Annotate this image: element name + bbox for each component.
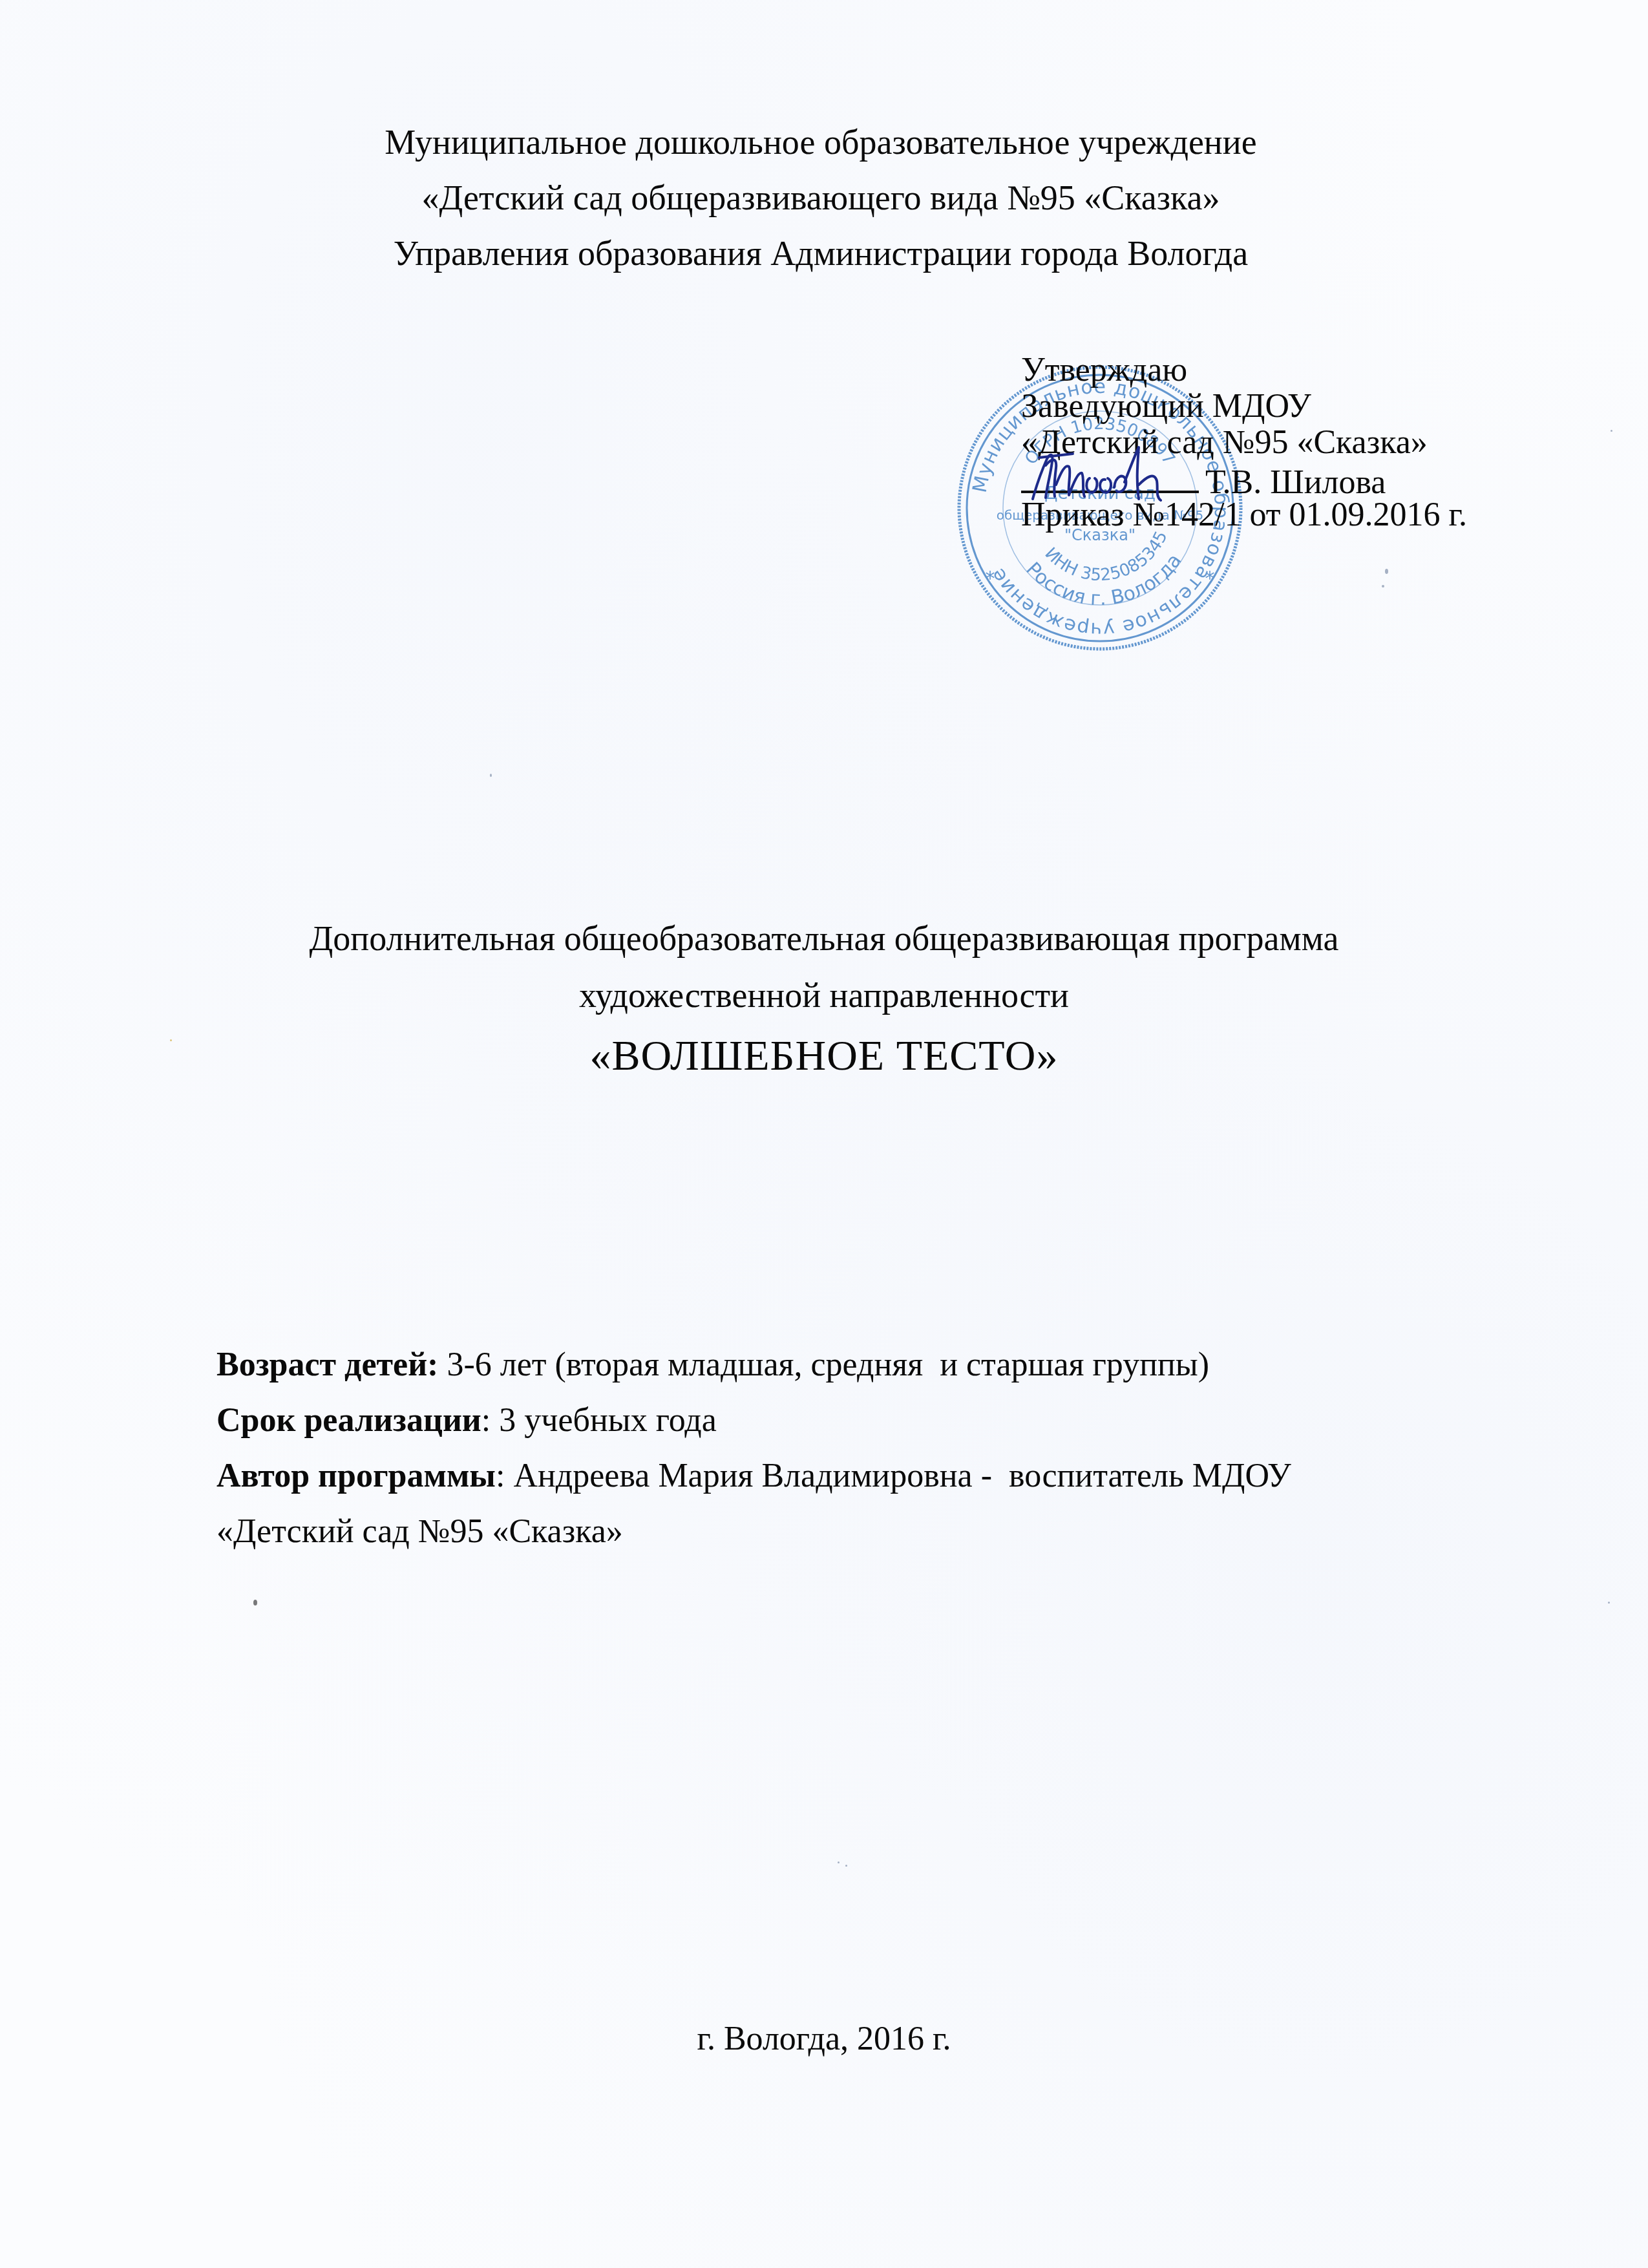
info-author: Автор программы: Андреева Мария Владимир… [217,1457,1291,1496]
scan-speck [253,1600,257,1606]
svg-text:*: * [986,567,995,590]
program-type-line: Дополнительная общеобразовательная общер… [0,919,1648,958]
scan-speck [1385,569,1388,574]
scan-speck [845,1865,847,1867]
program-direction-line: художественной направленности [0,976,1648,1015]
scan-speck [1611,430,1612,432]
institution-name-line: Муниципальное дошкольное образовательное… [0,123,1645,162]
approval-heading: Утверждаю [1021,352,1467,388]
scan-speck [170,1039,172,1041]
document-page: Муниципальное дошкольное образовательное… [0,0,1648,2268]
approver-position: Заведующий МДОУ [1021,388,1467,425]
author-value: : Андреева Мария Владимировна - воспитат… [496,1457,1291,1494]
place-and-year: г. Вологда, 2016 г. [0,2020,1648,2059]
info-author-institution: «Детский сад №95 «Сказка» [217,1512,623,1551]
info-term: Срок реализации: 3 учебных года [217,1401,717,1440]
program-name-title: «ВОЛШЕБНОЕ ТЕСТО» [0,1033,1648,1079]
scan-speck [838,1861,840,1863]
age-label: Возраст детей: [217,1346,438,1383]
author-label: Автор программы [217,1457,496,1494]
scan-speck [1608,1602,1610,1604]
info-age: Возраст детей: 3-6 лет (вторая младшая, … [217,1346,1209,1384]
kindergarten-name-line: «Детский сад общеразвивающего вида №95 «… [0,178,1645,217]
handwritten-signature-icon [1028,440,1183,511]
age-value: 3-6 лет (вторая младшая, средняя и старш… [438,1346,1209,1383]
scan-speck [1382,585,1384,588]
scan-speck [490,774,492,777]
signatory-name: Т.В. Шилова [1205,464,1386,501]
term-value: : 3 учебных года [481,1402,717,1439]
term-label: Срок реализации [217,1402,481,1439]
svg-text:*: * [1205,567,1215,590]
education-department-line: Управления образования Администрации гор… [0,234,1645,273]
